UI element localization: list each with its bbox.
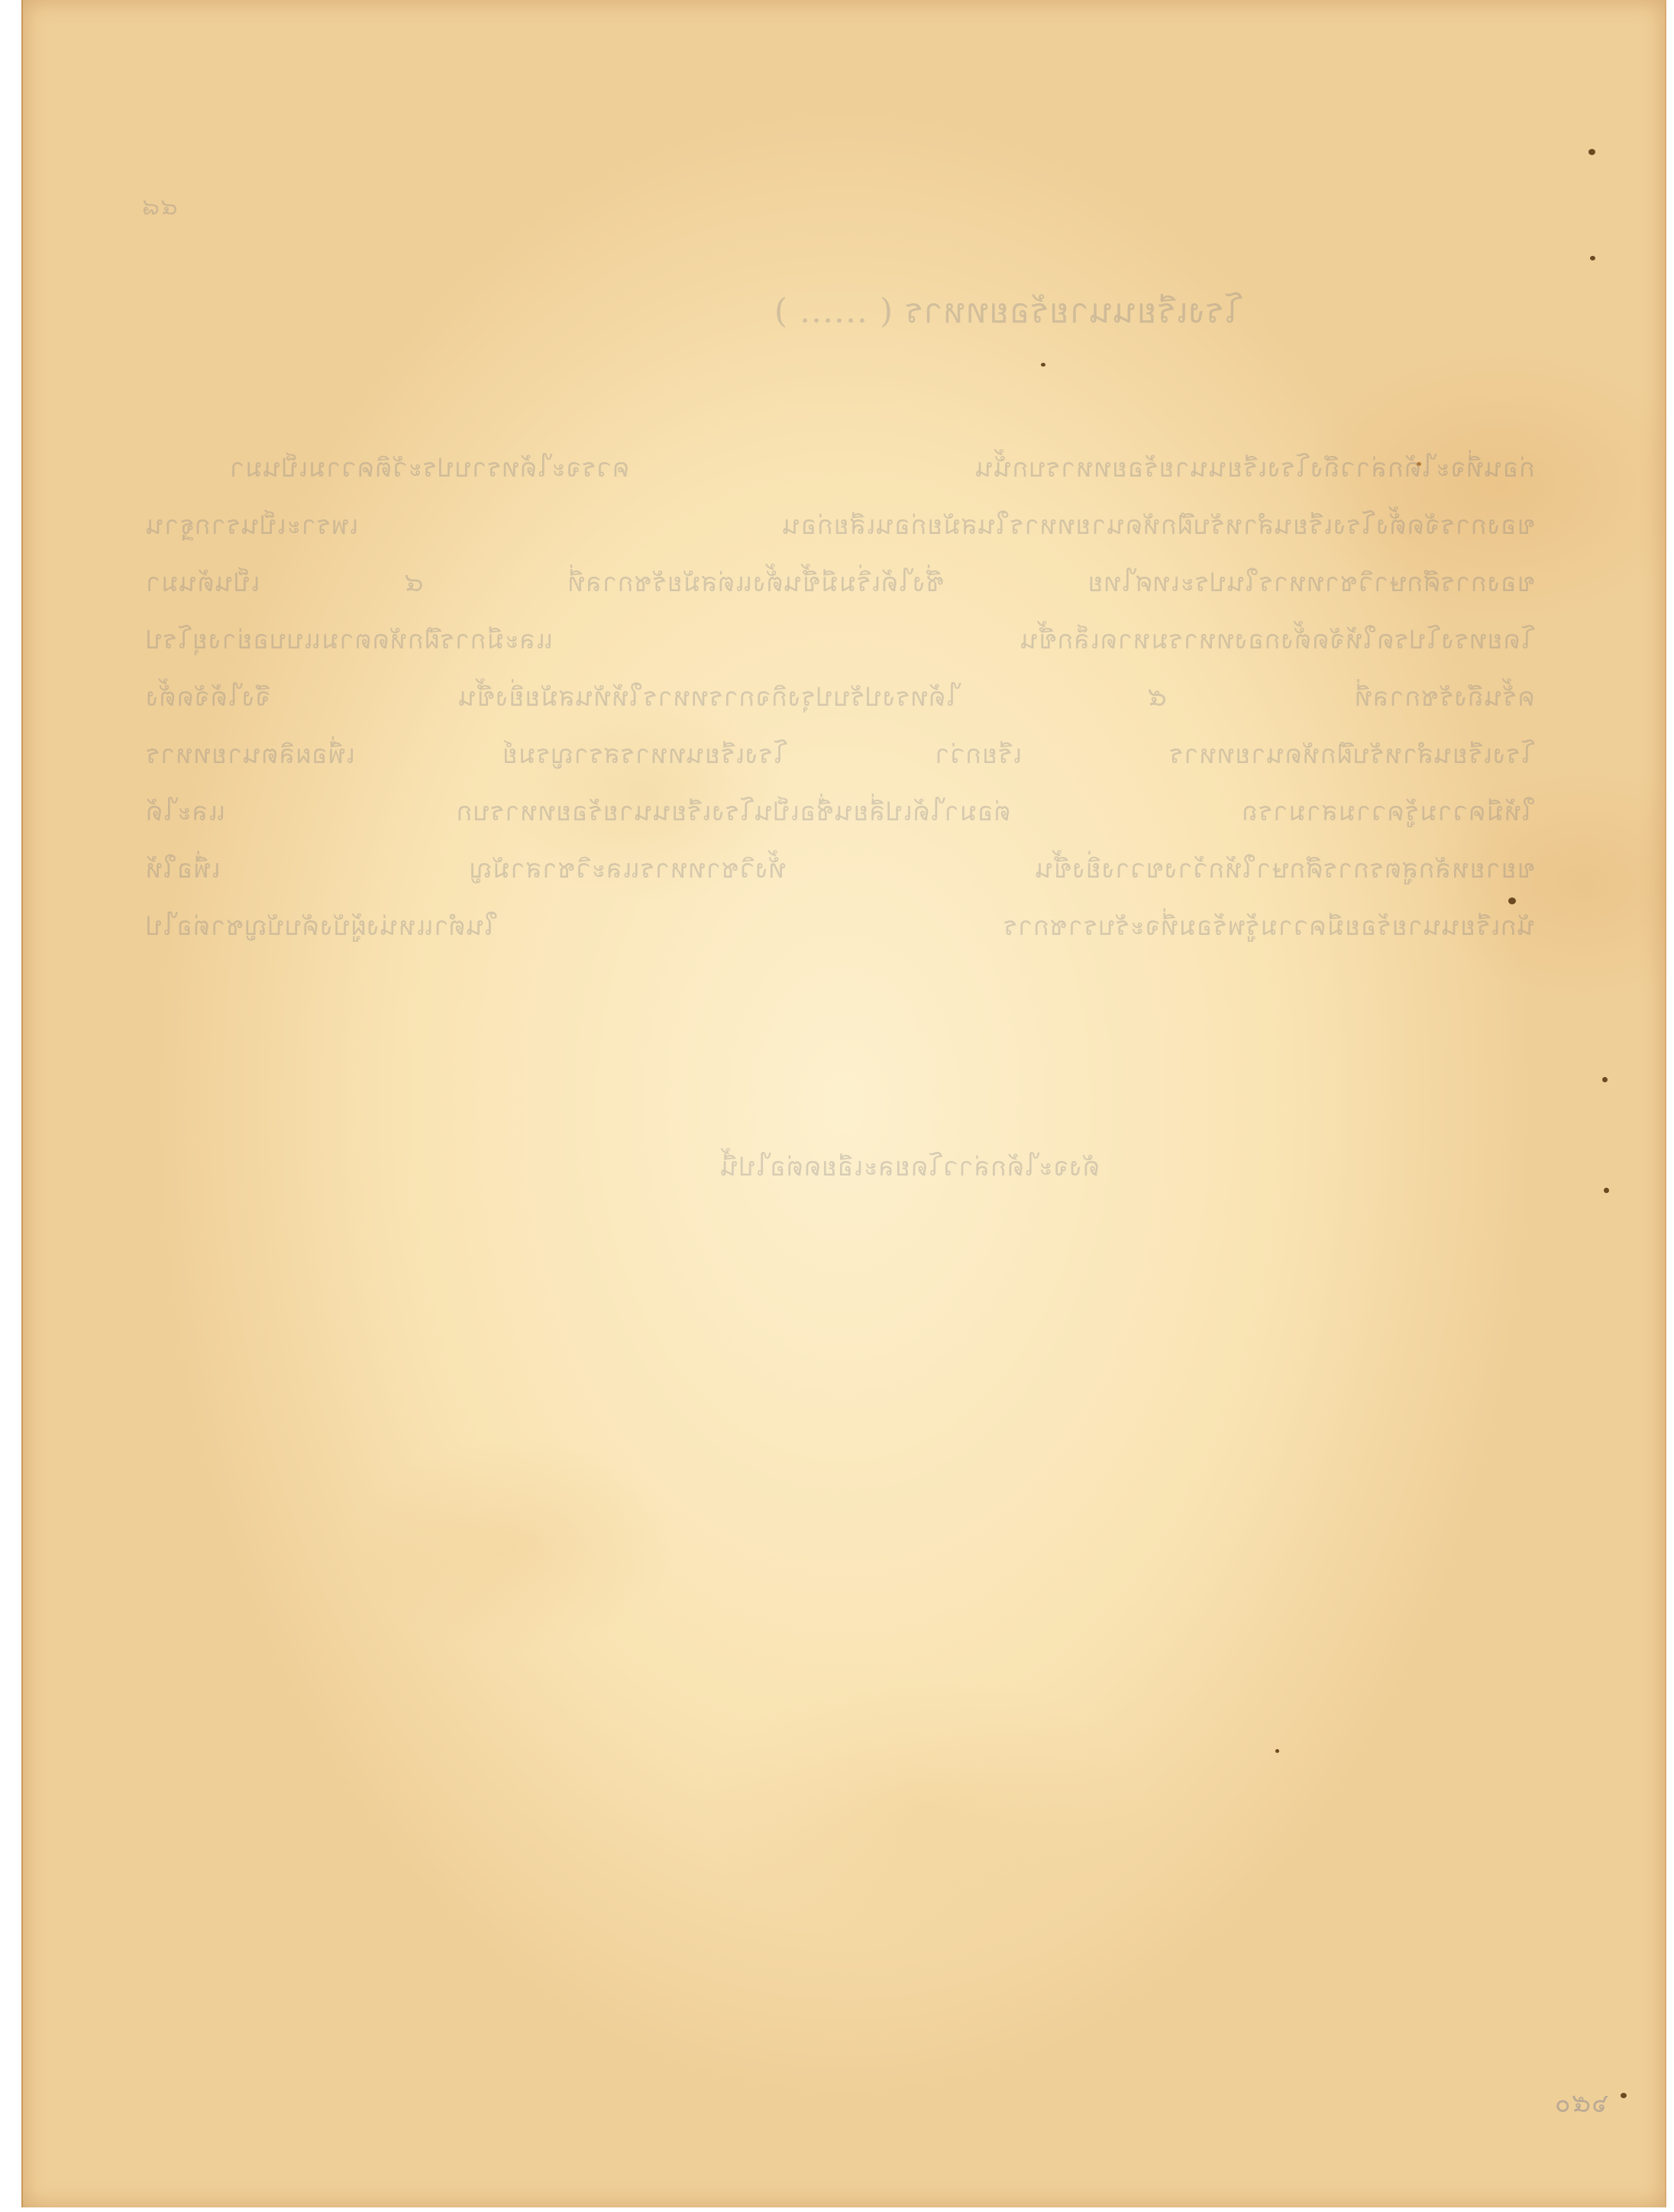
body-line-show-through: โรงเรียนสำหรับฝึกหัดนายทหาร เรียกว่า โรง… <box>145 733 1535 775</box>
page-number-show-through: ๔๘ <box>141 189 178 225</box>
body-line-show-through: ให้มีความรู้ความสามารถ ต่อมาได้เปลี่ยนชื… <box>145 791 1535 832</box>
body-line-show-through: นักเรียนนายร้อยมีความรู้พร้อมที่จะรับราช… <box>145 905 1535 946</box>
corner-stamp-show-through: ๖๕๐ <box>1554 2082 1608 2123</box>
body-line-show-through: โดยทรงโปรดให้จัดตั้งกองทหารมหาดเล็กขึ้น … <box>145 619 1535 660</box>
paper-speck <box>1588 149 1595 155</box>
paper-speck <box>1590 256 1595 260</box>
paper-speck <box>1602 1077 1608 1082</box>
body-line-show-through: ขยายหลักสูตรการศึกษาให้กว้างขวางยิ่งขึ้น… <box>145 848 1535 889</box>
body-line-show-through: ของการจัดตั้งโรงเรียนสำหรับฝึกหัดนายทหาร… <box>145 504 1535 545</box>
title-show-through: โรงเรียนนายร้อยทหาร ( ...... ) <box>466 284 1550 338</box>
paper-speck <box>1621 2093 1627 2098</box>
body-line-show-through: ของการศึกษาวิชาทหารในประเทศไทย ซึ่งได้เร… <box>145 561 1535 603</box>
paper-speck <box>1604 1188 1609 1193</box>
body-line-show-through: ครั้นถึงรัชกาลที่ ๕ ได้ทรงปรับปรุงกิจการ… <box>145 676 1535 717</box>
paper-speck <box>1508 897 1516 904</box>
paper-speck <box>1275 1749 1279 1753</box>
paper-speck <box>1417 462 1421 466</box>
body-line-show-through: ดังจะได้กล่าวโดยละเอียดต่อไปนี้ <box>672 1146 1100 1187</box>
paper-speck <box>1041 363 1045 367</box>
body-line-show-through: ก่อนที่จะได้กล่าวถึงโรงเรียนนายร้อยทหารบ… <box>229 447 1535 488</box>
